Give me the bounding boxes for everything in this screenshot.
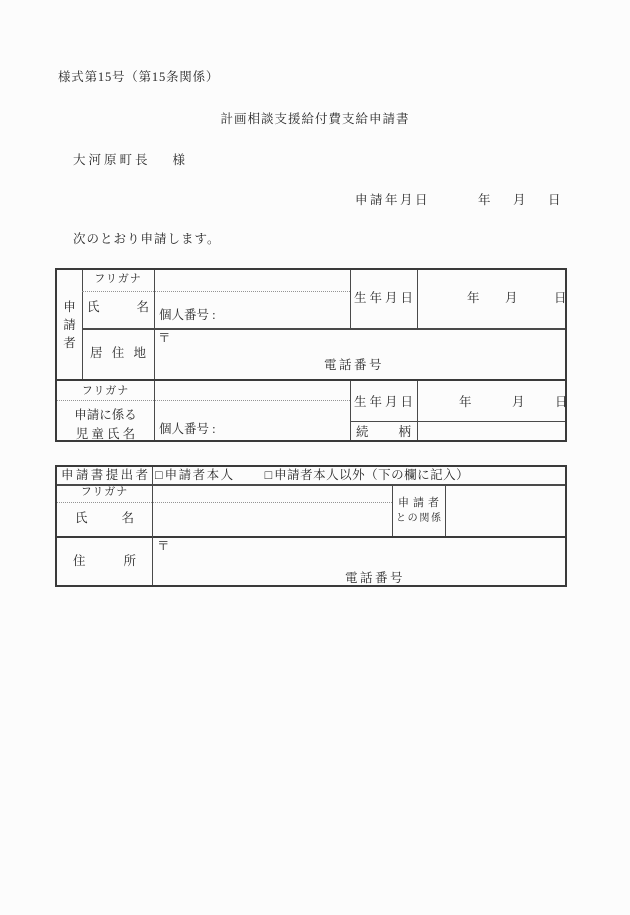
month-label: 月 <box>512 396 525 409</box>
applicant-furigana-label: フリガナ <box>82 270 154 291</box>
year-label: 年 <box>459 396 472 409</box>
personal-number-label: 個人番号 : <box>159 423 216 436</box>
child-relation-label: 続 柄 <box>350 421 417 444</box>
day-label: 日 <box>555 396 568 409</box>
child-name-label-line1: 申請に係る <box>57 406 154 425</box>
submitter-address-label: 住 所 <box>57 536 152 589</box>
applicant-name-personal-number-field[interactable]: 個人番号 : <box>154 270 350 328</box>
applicant-residence-label: 居 住 地 <box>82 328 154 380</box>
child-name-label-cell: 申請に係る 児 童 氏 名 <box>57 400 154 444</box>
postal-mark: 〒 <box>158 332 171 345</box>
submitter-phone-label: 電話番号 <box>345 572 405 585</box>
recipient-honorific: 様 <box>173 154 186 167</box>
checkbox-applicant-other[interactable]: □ 申請者本人以外（下の欄に記入） <box>265 469 470 482</box>
intro-sentence: 次のとおり申請します。 <box>73 233 221 246</box>
application-date-year-label: 年 <box>478 194 491 207</box>
applicant-section-label-cell: 申請者 <box>57 270 82 380</box>
application-date-day-label: 日 <box>548 194 561 207</box>
submitter-name-field[interactable] <box>152 484 392 536</box>
submitter-relation-field[interactable] <box>445 484 569 536</box>
day-label: 日 <box>554 292 567 305</box>
application-date-month-label: 月 <box>513 194 526 207</box>
relation-label-line1: 申 請 者 <box>392 496 445 511</box>
submitter-name-label: 氏 名 <box>57 502 152 536</box>
month-label: 月 <box>505 292 518 305</box>
submitter-address-field[interactable]: 〒 電話番号 <box>152 536 569 589</box>
application-form-page: 様式第15号（第15条関係） 計画相談支援給付費支給申請書 大河原町長 様 申請… <box>0 0 630 915</box>
submitter-type-options: □ 申請者本人 □ 申請者本人以外（下の欄に記入） <box>152 467 569 484</box>
checkbox-self-label: 申請者本人 <box>165 469 235 482</box>
postal-mark: 〒 <box>157 540 170 553</box>
application-date-label: 申請年月日 <box>355 194 430 207</box>
applicant-address-field[interactable]: 〒 電話番号 <box>154 328 569 380</box>
submitter-info-table: 申請書提出者 □ 申請者本人 □ 申請者本人以外（下の欄に記入） フリガナ 氏 … <box>55 465 567 587</box>
applicant-phone-label: 電話番号 <box>324 359 384 372</box>
child-furigana-label: フリガナ <box>57 380 154 400</box>
applicant-section-label: 申請者 <box>63 298 77 352</box>
applicant-birthdate-field[interactable]: 年 月 日 <box>417 270 569 328</box>
applicant-birthdate-label: 生年月日 <box>350 270 417 328</box>
checkbox-applicant-self[interactable]: □ 申請者本人 <box>155 469 235 482</box>
form-number: 様式第15号（第15条関係） <box>58 71 219 84</box>
checkbox-icon: □ <box>265 469 273 482</box>
relation-label-line2: との関係 <box>392 511 445 526</box>
child-birthdate-label: 生年月日 <box>350 380 417 421</box>
submitter-relation-label-cell: 申 請 者 との関係 <box>392 484 445 536</box>
recipient-name: 大河原町長 <box>73 154 151 167</box>
checkbox-icon: □ <box>155 469 163 482</box>
checkbox-other-label: 申請者本人以外（下の欄に記入） <box>274 469 469 482</box>
submitter-label: 申請書提出者 <box>57 467 152 484</box>
child-relation-field[interactable] <box>417 421 569 444</box>
child-name-personal-number-field[interactable]: 個人番号 : <box>154 400 350 444</box>
child-birthdate-field[interactable]: 年 月 日 <box>417 380 569 421</box>
personal-number-label: 個人番号 : <box>159 309 216 322</box>
child-name-label-line2: 児 童 氏 名 <box>57 425 154 444</box>
applicant-info-table: 申請者 フリガナ 氏 名 個人番号 : 生年月日 年 月 日 居 住 地 〒 電… <box>55 268 567 442</box>
applicant-name-label: 氏 名 <box>82 291 154 328</box>
submitter-furigana-label: フリガナ <box>57 484 152 502</box>
year-label: 年 <box>467 292 480 305</box>
document-title: 計画相談支援給付費支給申請書 <box>0 113 630 126</box>
